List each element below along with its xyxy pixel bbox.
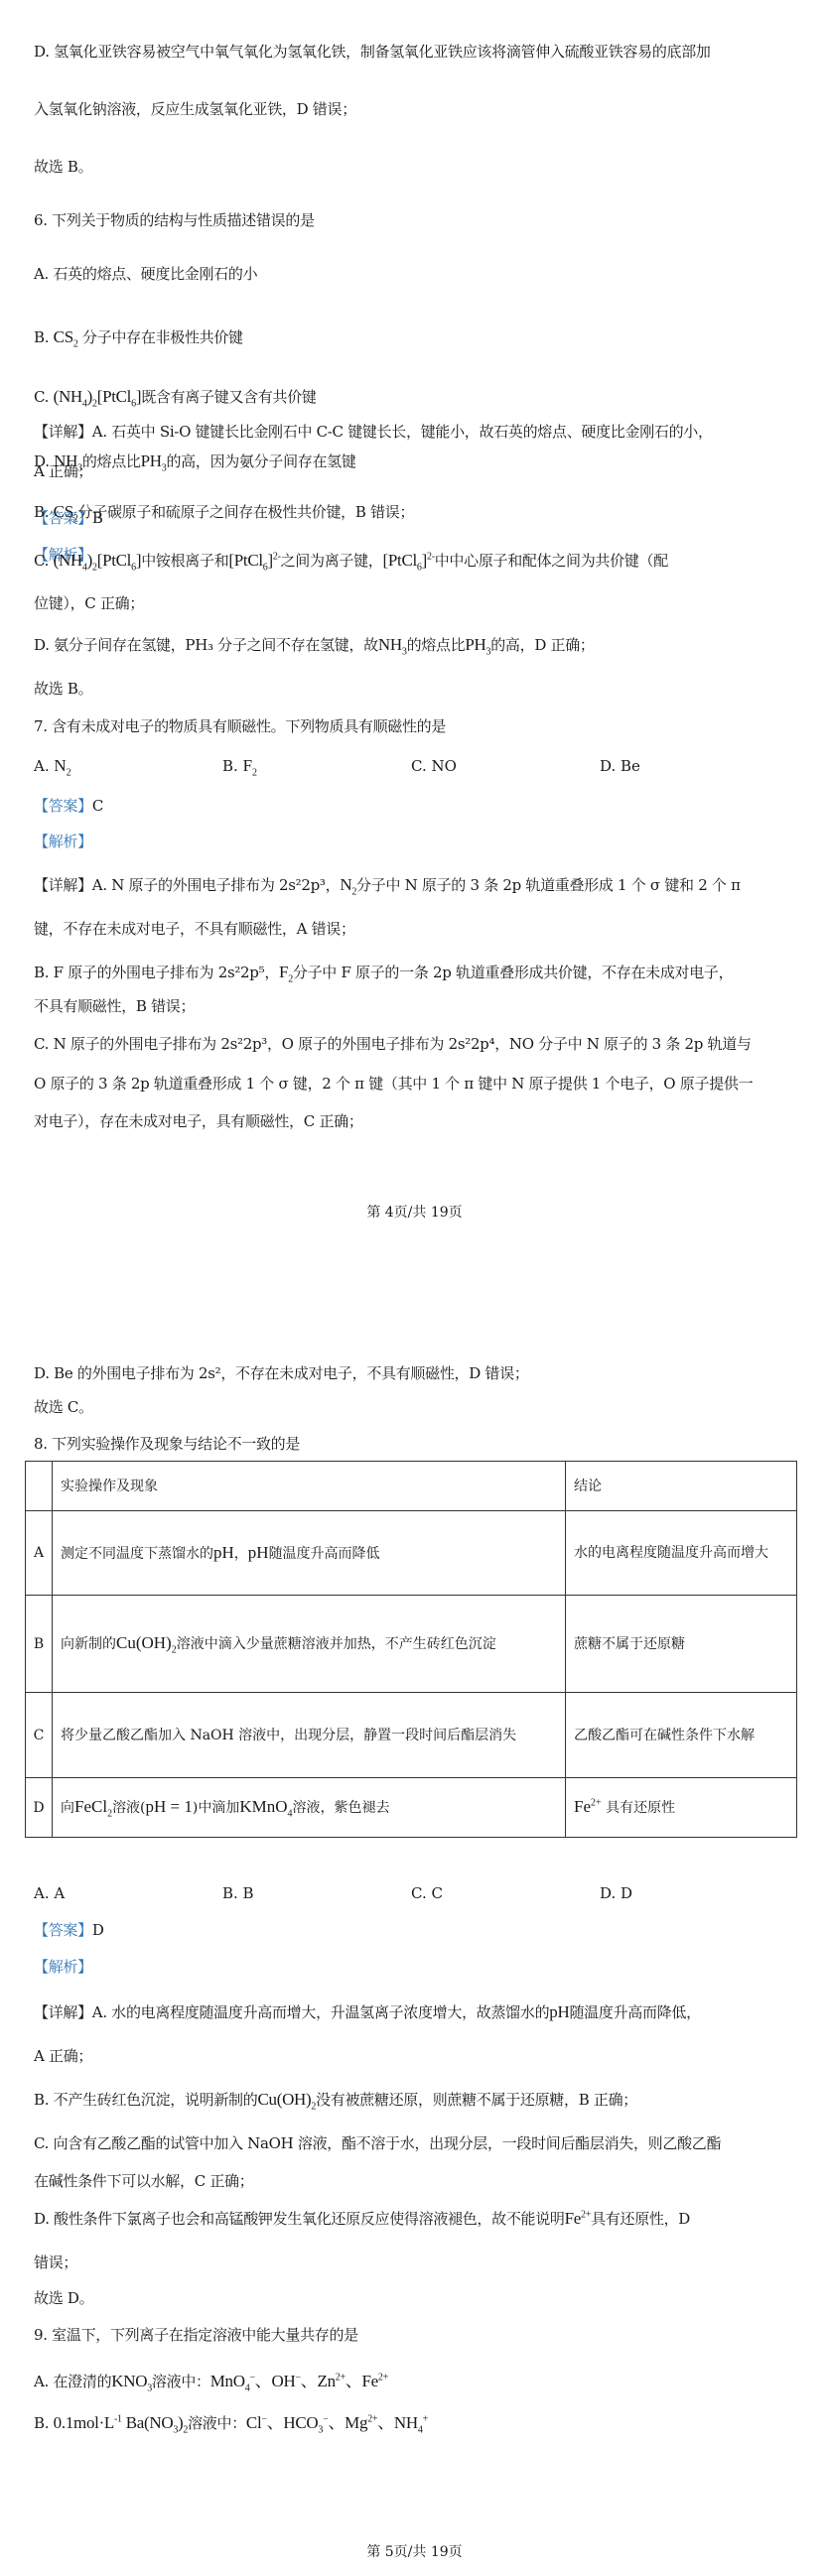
option-prefix: B. [34,328,49,346]
q7-detail-c1: C. N 原子的外围电子排布为 2s²2p³，O 原子的外围电子排布为 2s²2… [34,1034,752,1054]
formula-ph3: PH3 [141,451,167,470]
q8-detail-a2: A 正确； [34,2046,92,2066]
q8-detail-d1: D. 酸性条件下氯离子也会和高锰酸钾发生氧化还原反应使得溶液褪色，故不能说明Fe… [34,2209,690,2229]
row-conclusion: Fe2+ 具有还原性 [566,1778,797,1838]
q7-detail-d: D. Be 的外围电子排布为 2s²，不存在未成对电子，不具有顺磁性，D 错误； [34,1363,529,1383]
row-key: D [26,1778,53,1838]
formula-nh4-2-ptcl6: (NH4)2[PtCl6] [54,387,142,406]
q7-detail-b2: 不具有顺磁性，B 错误； [34,996,195,1016]
q8-detail-c2: 在碱性条件下可以水解，C 正确； [34,2171,253,2191]
q8-detail-d2: 错误； [34,2253,77,2272]
q9-option-a: A. 在澄清的KNO3溶液中：MnO4−、OH−、Zn2+、Fe2+ [34,2372,388,2391]
q6-option-b: B. CS2 分子中存在非极性共价键 [34,327,243,347]
analysis-label: 【解析】 [34,1957,92,1977]
detail-text: B. F 原子的外围电子排布为 2s²2p⁵， [34,964,279,981]
q8-option-b: B. B [222,1883,254,1903]
q8-detail-a1: 【详解】A. 水的电离程度随温度升高而增大，升温氢离子浓度增大，故蒸馏水的pH随… [34,2002,701,2022]
formula-f2: F2 [279,963,293,981]
formula-cs2: CS2 [54,502,78,521]
table-header-row: 实验操作及现象 结论 [26,1462,797,1511]
question-8-title: 8. 下列实验操作及现象与结论不一致的是 [34,1434,300,1454]
formula-nh4-2-ptcl6: (NH4)2[PtCl6] [54,551,142,570]
q6-detail-d: D. 氨分子间存在氢键，PH₃ 分子之间不存在氢键，故NH3的熔点比PH3的高，… [34,635,595,655]
detail-text: 分子碳原子和硫原子之间存在极性共价键，B 错误； [78,503,415,521]
q7-detail-c3: 对电子），存在未成对电子，具有顺磁性，C 正确； [34,1111,363,1131]
detail-text: 之间为离子键， [281,552,383,570]
text-line: D. 氢氧化亚铁容易被空气中氧气氧化为氢氧化铁，制备氢氧化亚铁应该将滴管伸入硫酸… [34,42,711,62]
q8-option-c: C. C [411,1883,443,1903]
q7-option-c: C. NO [411,756,457,776]
option-text: 既含有离子键又含有共价键 [141,388,316,406]
q6-choose: 故选 B。 [34,679,92,699]
question-9-title: 9. 室温下，下列离子在指定溶液中能大量共存的是 [34,2325,358,2345]
table-header: 实验操作及现象 [53,1462,566,1511]
text-line: 故选 B。 [34,157,92,177]
row-key: C [26,1693,53,1778]
q6-option-a: A. 石英的熔点、硬度比金刚石的小 [34,264,257,284]
detail-text: 【详解】A. N 原子的外围电子排布为 2s²2p³， [34,876,340,894]
row-operation: 将少量乙酸乙酯加入 NaOH 溶液中，出现分层，静置一段时间后酯层消失 [53,1693,566,1778]
row-conclusion: 水的电离程度随温度升高而增大 [566,1511,797,1596]
formula-ptcl6-2minus: [PtCl6]2- [228,551,280,570]
q8-detail-c1: C. 向含有乙酸乙酯的试管中加入 NaOH 溶液，酯不溶于水，出现分层，一段时间… [34,2133,721,2153]
analysis-label: 【解析】 [34,832,92,851]
prefix: B. [34,503,54,521]
q6-detail-c1: C. (NH4)2[PtCl6]中铵根离子和[PtCl6]2-之间为离子键，[P… [34,551,668,571]
question-6-title: 6. 下列关于物质的结构与性质描述错误的是 [34,210,315,230]
q8-option-d: D. D [600,1883,632,1903]
answer-value: C [92,797,103,815]
q7-detail-b1: B. F 原子的外围电子排布为 2s²2p⁵，F2分子中 F 原子的一条 2p … [34,963,733,982]
q8-answer: 【答案】D [34,1920,104,1940]
detail-text: 中铵根离子和 [141,552,228,570]
answer-label: 【答案】 [34,797,92,815]
formula-ph3: PH3 [465,635,490,654]
q7-choose: 故选 C。 [34,1397,93,1417]
formula-n2: N2 [340,875,356,894]
formula-nh3: NH3 [378,635,407,654]
page-footer: 第 4页/共 19页 [0,1203,829,1223]
q7-option-a: A. N2 [34,756,71,776]
q8-choose: 故选 D。 [34,2288,93,2308]
question-7-title: 7. 含有未成对电子的物质具有顺磁性。下列物质具有顺磁性的是 [34,716,446,736]
q8-option-a: A. A [34,1883,65,1903]
detail-text: D. 氨分子间存在氢键，PH₃ 分子之间不存在氢键，故 [34,636,378,654]
formula-ptcl6-2minus: [PtCl6]2- [383,551,435,570]
row-conclusion: 乙酸乙酯可在碱性条件下水解 [566,1693,797,1778]
table-header [26,1462,53,1511]
option-text: 分子中存在非极性共价键 [82,328,243,346]
row-operation: 向FeCl2溶液(pH = 1)中滴加KMnO4溶液，紫色褪去 [53,1778,566,1838]
table-row: A 测定不同温度下蒸馏水的pH，pH随温度升高而降低 水的电离程度随温度升高而增… [26,1511,797,1596]
detail-text: 分子中 N 原子的 3 条 2p 轨道重叠形成 1 个 σ 键和 2 个 π [356,876,741,894]
text-line: 入氢氧化钠溶液，反应生成氢氧化亚铁，D 错误； [34,99,356,119]
option-prefix: C. [34,388,49,406]
q7-detail-a2: 键，不存在未成对电子，不具有顺磁性，A 错误； [34,919,355,939]
option-text: 的高，因为氨分子间存在氢键 [166,452,355,470]
table-row: C 将少量乙酸乙酯加入 NaOH 溶液中，出现分层，静置一段时间后酯层消失 乙酸… [26,1693,797,1778]
row-key: A [26,1511,53,1596]
row-operation: 向新制的Cu(OH)2溶液中滴入少量蔗糖溶液并加热，不产生砖红色沉淀 [53,1596,566,1693]
detail-text: 中中心原子和配体之间为共价键（配 [435,552,668,570]
q9-option-b: B. 0.1mol·L-1 Ba(NO3)2溶液中：Cl−、HCO3−、Mg2+… [34,2413,428,2433]
q6-detail-a2: A 正确； [34,461,92,481]
row-conclusion: 蔗糖不属于还原糖 [566,1596,797,1693]
table-row: B 向新制的Cu(OH)2溶液中滴入少量蔗糖溶液并加热，不产生砖红色沉淀 蔗糖不… [26,1596,797,1693]
q6-detail-c2: 位键），C 正确； [34,593,144,613]
answer-label: 【答案】 [34,1921,92,1939]
page-footer: 第 5页/共 19页 [0,2542,829,2562]
q6-detail-b: B. CS2分子碳原子和硫原子之间存在极性共价键，B 错误； [34,502,414,522]
detail-text: 分子中 F 原子的一条 2p 轨道重叠形成共价键，不存在未成对电子， [293,964,733,981]
row-operation: 测定不同温度下蒸馏水的pH，pH随温度升高而降低 [53,1511,566,1596]
experiment-table: 实验操作及现象 结论 A 测定不同温度下蒸馏水的pH，pH随温度升高而降低 水的… [25,1461,797,1838]
table-header: 结论 [566,1462,797,1511]
q8-detail-b: B. 不产生砖红色沉淀，说明新制的Cu(OH)2没有被蔗糖还原，则蔗糖不属于还原… [34,2090,637,2110]
q7-detail-a1: 【详解】A. N 原子的外围电子排布为 2s²2p³，N2分子中 N 原子的 3… [34,875,741,895]
detail-text: 的熔点比 [407,636,466,654]
q7-option-b: B. F2 [222,756,257,776]
q6-detail-a1: 【详解】A. 石英中 Si-O 键键长比金刚石中 C-C 键键长长，键能小，故石… [34,422,713,442]
q7-answer: 【答案】C [34,796,103,816]
q6-option-c: C. (NH4)2[PtCl6]既含有离子键又含有共价键 [34,387,317,407]
formula-cs2: CS2 [54,327,78,346]
answer-value: D [92,1921,104,1939]
row-key: B [26,1596,53,1693]
table-row: D 向FeCl2溶液(pH = 1)中滴加KMnO4溶液，紫色褪去 Fe2+ 具… [26,1778,797,1838]
q7-option-d: D. Be [600,756,640,776]
detail-text: 的高，D 正确； [490,636,594,654]
prefix: C. [34,552,54,570]
q7-detail-c2: O 原子的 3 条 2p 轨道重叠形成 1 个 σ 键，2 个 π 键（其中 1… [34,1074,753,1094]
